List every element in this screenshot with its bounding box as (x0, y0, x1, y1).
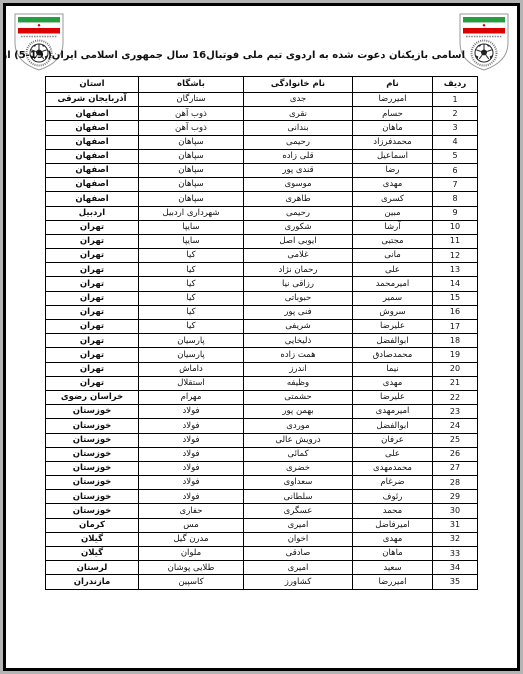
cell-row-number: 35 (433, 575, 478, 589)
cell-first-name: امیرمحمد (353, 277, 433, 291)
table-row: 5اسماعیلقلی زادهسپاهاناصفهان (46, 149, 478, 163)
cell-row-number: 33 (433, 547, 478, 561)
iran-flag-icon (18, 17, 60, 34)
cell-last-name: سعداوی (244, 476, 353, 490)
cell-province: خوزستان (46, 476, 139, 490)
cell-row-number: 1 (433, 93, 478, 107)
table-row: 14امیرمحمدرزاقی نیاکیاتهران (46, 277, 478, 291)
cell-club: سپاهان (139, 135, 244, 149)
table-row: 21مهدیوظیفهاستقلالتهران (46, 376, 478, 390)
table-row: 17علیرضاشریفیکیاتهران (46, 320, 478, 334)
cell-club: مدرن گیل (139, 532, 244, 546)
cell-row-number: 21 (433, 376, 478, 390)
cell-first-name: آرشا (353, 220, 433, 234)
cell-last-name: قندی پور (244, 163, 353, 177)
cell-last-name: غلامی (244, 249, 353, 263)
cell-first-name: نیما (353, 362, 433, 376)
page-title: اسامی بازیکنان دعوت شده به اردوی تیم ملی… (58, 50, 465, 61)
cell-first-name: اسماعیل (353, 149, 433, 163)
cell-last-name: کمائی (244, 447, 353, 461)
cell-club: داماش (139, 362, 244, 376)
cell-last-name: سلطانی (244, 490, 353, 504)
cell-club: پارسیان (139, 334, 244, 348)
cell-last-name: وظیفه (244, 376, 353, 390)
cell-row-number: 5 (433, 149, 478, 163)
table-row: 18ابوالفضلذلیخاییپارسیانتهران (46, 334, 478, 348)
cell-row-number: 8 (433, 192, 478, 206)
cell-row-number: 9 (433, 206, 478, 220)
cell-province: آذربایجان شرقی (46, 93, 139, 107)
cell-last-name: موسوی (244, 178, 353, 192)
cell-club: کیا (139, 263, 244, 277)
table-row: 33ماهانصادقیملوانگیلان (46, 547, 478, 561)
cell-row-number: 16 (433, 305, 478, 319)
table-row: 30محمدعسگریحفاریخوزستان (46, 504, 478, 518)
cell-province: اصفهان (46, 163, 139, 177)
cell-club: سایپا (139, 220, 244, 234)
cell-row-number: 26 (433, 447, 478, 461)
cell-province: تهران (46, 277, 139, 291)
cell-province: تهران (46, 376, 139, 390)
cell-club: کیا (139, 320, 244, 334)
cell-club: سپاهان (139, 178, 244, 192)
table-row: 3ماهانبندانیذوب آهناصفهان (46, 121, 478, 135)
cell-row-number: 14 (433, 277, 478, 291)
cell-row-number: 3 (433, 121, 478, 135)
cell-club: ستارگان (139, 93, 244, 107)
table-row: 26علیکمائیفولادخوزستان (46, 447, 478, 461)
cell-last-name: کشاورز (244, 575, 353, 589)
table-row: 4محمدفرزادرحیمیسپاهاناصفهان (46, 135, 478, 149)
federation-emblem-icon (14, 13, 64, 71)
cell-province: تهران (46, 305, 139, 319)
cell-first-name: رضا (353, 163, 433, 177)
cell-first-name: مبین (353, 206, 433, 220)
cell-first-name: ابوالفضل (353, 419, 433, 433)
cell-last-name: شکوری (244, 220, 353, 234)
cell-last-name: رحیمی (244, 206, 353, 220)
table-row: 8کسریطاهریسپاهاناصفهان (46, 192, 478, 206)
table-row: 23امیرمهدیبهمن پورفولادخوزستان (46, 405, 478, 419)
cell-last-name: قلی زاده (244, 149, 353, 163)
cell-last-name: امیری (244, 561, 353, 575)
table-container: ردیف نام نام خانوادگی باشگاه استان 1امیر… (6, 76, 517, 590)
table-row: 12مانیغلامیکیاتهران (46, 249, 478, 263)
cell-row-number: 17 (433, 320, 478, 334)
cell-province: تهران (46, 348, 139, 362)
cell-row-number: 20 (433, 362, 478, 376)
cell-row-number: 28 (433, 476, 478, 490)
cell-province: مازندران (46, 575, 139, 589)
cell-last-name: شریفی (244, 320, 353, 334)
cell-last-name: رحمان نژاد (244, 263, 353, 277)
cell-first-name: ماهان (353, 121, 433, 135)
table-row: 29رئوفسلطانیفولادخوزستان (46, 490, 478, 504)
cell-province: تهران (46, 220, 139, 234)
cell-club: مهرام (139, 390, 244, 404)
cell-row-number: 6 (433, 163, 478, 177)
cell-club: پارسیان (139, 348, 244, 362)
cell-last-name: موردی (244, 419, 353, 433)
cell-first-name: امیررضا (353, 575, 433, 589)
cell-row-number: 29 (433, 490, 478, 504)
cell-row-number: 23 (433, 405, 478, 419)
cell-last-name: خضری (244, 461, 353, 475)
table-row: 19محمدصادقهمت زادهپارسیانتهران (46, 348, 478, 362)
document-page-frame: اسامی بازیکنان دعوت شده به اردوی تیم ملی… (0, 0, 523, 674)
cell-club: شهرداری اردبیل (139, 206, 244, 220)
table-row: 20نیمااندرزداماشتهران (46, 362, 478, 376)
cell-first-name: امیررضا (353, 93, 433, 107)
cell-last-name: عسگری (244, 504, 353, 518)
federation-logo-right (459, 13, 509, 71)
cell-first-name: سعید (353, 561, 433, 575)
players-tbody: 1امیررضاجدیستارگانآذربایجان شرقی2حسامنقر… (46, 93, 478, 590)
cell-province: خوزستان (46, 447, 139, 461)
cell-province: گیلان (46, 532, 139, 546)
cell-club: طلایی پوشان (139, 561, 244, 575)
cell-first-name: عرفان (353, 433, 433, 447)
cell-first-name: امیرفاضل (353, 518, 433, 532)
cell-last-name: رحیمی (244, 135, 353, 149)
cell-province: خوزستان (46, 419, 139, 433)
cell-first-name: ضرغام (353, 476, 433, 490)
cell-last-name: طاهری (244, 192, 353, 206)
cell-club: حفاری (139, 504, 244, 518)
cell-last-name: رزاقی نیا (244, 277, 353, 291)
cell-last-name: اخوان (244, 532, 353, 546)
cell-first-name: ابوالفضل (353, 334, 433, 348)
cell-club: کیا (139, 305, 244, 319)
cell-row-number: 15 (433, 291, 478, 305)
document-page: اسامی بازیکنان دعوت شده به اردوی تیم ملی… (3, 3, 520, 671)
players-table: ردیف نام نام خانوادگی باشگاه استان 1امیر… (45, 76, 478, 590)
cell-club: فولاد (139, 419, 244, 433)
table-row: 11مجتبیایوبی اصلسایپاتهران (46, 234, 478, 248)
table-row: 35امیررضاکشاورزکاسپینمازندران (46, 575, 478, 589)
cell-first-name: حسام (353, 107, 433, 121)
cell-last-name: صادقی (244, 547, 353, 561)
cell-club: ذوب آهن (139, 107, 244, 121)
cell-province: اصفهان (46, 135, 139, 149)
cell-club: کیا (139, 277, 244, 291)
cell-club: سپاهان (139, 192, 244, 206)
cell-province: تهران (46, 249, 139, 263)
cell-row-number: 10 (433, 220, 478, 234)
cell-first-name: مهدی (353, 532, 433, 546)
cell-first-name: محمدمهدی (353, 461, 433, 475)
table-row: 2حسامنقریذوب آهناصفهان (46, 107, 478, 121)
cell-province: خوزستان (46, 405, 139, 419)
column-header-first-name: نام (353, 77, 433, 93)
cell-row-number: 11 (433, 234, 478, 248)
cell-last-name: ذلیخایی (244, 334, 353, 348)
table-row: 31امیرفاضلامیریمسکرمان (46, 518, 478, 532)
cell-province: اصفهان (46, 149, 139, 163)
cell-row-number: 13 (433, 263, 478, 277)
cell-last-name: ایوبی اصل (244, 234, 353, 248)
table-row: 25عرفاندرویش عالیفولادخوزستان (46, 433, 478, 447)
table-row: 27محمدمهدیخضریفولادخوزستان (46, 461, 478, 475)
cell-province: اصفهان (46, 121, 139, 135)
cell-row-number: 12 (433, 249, 478, 263)
cell-first-name: سمیر (353, 291, 433, 305)
table-row: 1امیررضاجدیستارگانآذربایجان شرقی (46, 93, 478, 107)
cell-first-name: علی (353, 263, 433, 277)
cell-province: تهران (46, 263, 139, 277)
cell-first-name: مهدی (353, 178, 433, 192)
cell-first-name: محمدصادق (353, 348, 433, 362)
cell-last-name: فنی پور (244, 305, 353, 319)
cell-province: تهران (46, 291, 139, 305)
cell-row-number: 25 (433, 433, 478, 447)
cell-province: اصفهان (46, 107, 139, 121)
cell-province: اردبیل (46, 206, 139, 220)
cell-club: سپاهان (139, 149, 244, 163)
cell-row-number: 31 (433, 518, 478, 532)
cell-last-name: بندانی (244, 121, 353, 135)
cell-first-name: محمدفرزاد (353, 135, 433, 149)
cell-row-number: 32 (433, 532, 478, 546)
cell-club: فولاد (139, 490, 244, 504)
federation-logo-left (14, 13, 64, 71)
cell-row-number: 30 (433, 504, 478, 518)
cell-club: فولاد (139, 476, 244, 490)
cell-province: تهران (46, 334, 139, 348)
table-row: 34سعیدامیریطلایی پوشانلرستان (46, 561, 478, 575)
cell-province: کرمان (46, 518, 139, 532)
cell-province: لرستان (46, 561, 139, 575)
cell-row-number: 4 (433, 135, 478, 149)
cell-province: اصفهان (46, 178, 139, 192)
cell-first-name: محمد (353, 504, 433, 518)
table-row: 32مهدیاخوانمدرن گیلگیلان (46, 532, 478, 546)
cell-club: کیا (139, 291, 244, 305)
federation-emblem-icon (459, 13, 509, 71)
cell-first-name: مهدی (353, 376, 433, 390)
cell-club: سایپا (139, 234, 244, 248)
table-row: 24ابوالفضلموردیفولادخوزستان (46, 419, 478, 433)
cell-last-name: جدی (244, 93, 353, 107)
iran-flag-icon (463, 17, 505, 34)
cell-club: ذوب آهن (139, 121, 244, 135)
cell-province: اصفهان (46, 192, 139, 206)
cell-first-name: امیرمهدی (353, 405, 433, 419)
cell-province: تهران (46, 234, 139, 248)
cell-last-name: درویش عالی (244, 433, 353, 447)
table-row: 10آرشاشکوریسایپاتهران (46, 220, 478, 234)
cell-club: ملوان (139, 547, 244, 561)
cell-row-number: 2 (433, 107, 478, 121)
cell-last-name: امیری (244, 518, 353, 532)
cell-first-name: مانی (353, 249, 433, 263)
cell-row-number: 18 (433, 334, 478, 348)
table-row: 6رضاقندی پورسپاهاناصفهان (46, 163, 478, 177)
cell-row-number: 22 (433, 390, 478, 404)
cell-row-number: 27 (433, 461, 478, 475)
table-row: 16سروشفنی پورکیاتهران (46, 305, 478, 319)
table-row: 13علیرحمان نژادکیاتهران (46, 263, 478, 277)
cell-first-name: علی (353, 447, 433, 461)
cell-club: سپاهان (139, 163, 244, 177)
cell-first-name: مجتبی (353, 234, 433, 248)
column-header-last-name: نام خانوادگی (244, 77, 353, 93)
cell-province: تهران (46, 320, 139, 334)
cell-club: مس (139, 518, 244, 532)
cell-last-name: اندرز (244, 362, 353, 376)
cell-row-number: 34 (433, 561, 478, 575)
column-header-province: استان (46, 77, 139, 93)
cell-row-number: 19 (433, 348, 478, 362)
column-header-row-number: ردیف (433, 77, 478, 93)
cell-last-name: همت زاده (244, 348, 353, 362)
cell-last-name: نقری (244, 107, 353, 121)
cell-province: خوزستان (46, 504, 139, 518)
cell-province: خوزستان (46, 433, 139, 447)
cell-row-number: 7 (433, 178, 478, 192)
table-row: 28ضرغامسعداویفولادخوزستان (46, 476, 478, 490)
table-row: 15سمیرحبوباتیکیاتهران (46, 291, 478, 305)
cell-last-name: حبوباتی (244, 291, 353, 305)
cell-row-number: 24 (433, 419, 478, 433)
cell-club: فولاد (139, 461, 244, 475)
cell-province: گیلان (46, 547, 139, 561)
cell-province: خوزستان (46, 490, 139, 504)
cell-last-name: حشمتی (244, 390, 353, 404)
table-row: 7مهدیموسویسپاهاناصفهان (46, 178, 478, 192)
cell-first-name: علیرضا (353, 390, 433, 404)
cell-first-name: کسری (353, 192, 433, 206)
column-header-club: باشگاه (139, 77, 244, 93)
cell-first-name: سروش (353, 305, 433, 319)
cell-province: خراسان رضوی (46, 390, 139, 404)
cell-first-name: رئوف (353, 490, 433, 504)
cell-first-name: ماهان (353, 547, 433, 561)
cell-club: استقلال (139, 376, 244, 390)
table-row: 9مبینرحیمیشهرداری اردبیلاردبیل (46, 206, 478, 220)
table-row: 22علیرضاحشمتیمهرامخراسان رضوی (46, 390, 478, 404)
cell-province: خوزستان (46, 461, 139, 475)
cell-first-name: علیرضا (353, 320, 433, 334)
cell-club: فولاد (139, 433, 244, 447)
cell-last-name: بهمن پور (244, 405, 353, 419)
cell-club: فولاد (139, 405, 244, 419)
cell-province: تهران (46, 362, 139, 376)
table-header-row: ردیف نام نام خانوادگی باشگاه استان (46, 77, 478, 93)
cell-club: کیا (139, 249, 244, 263)
cell-club: کاسپین (139, 575, 244, 589)
cell-club: فولاد (139, 447, 244, 461)
